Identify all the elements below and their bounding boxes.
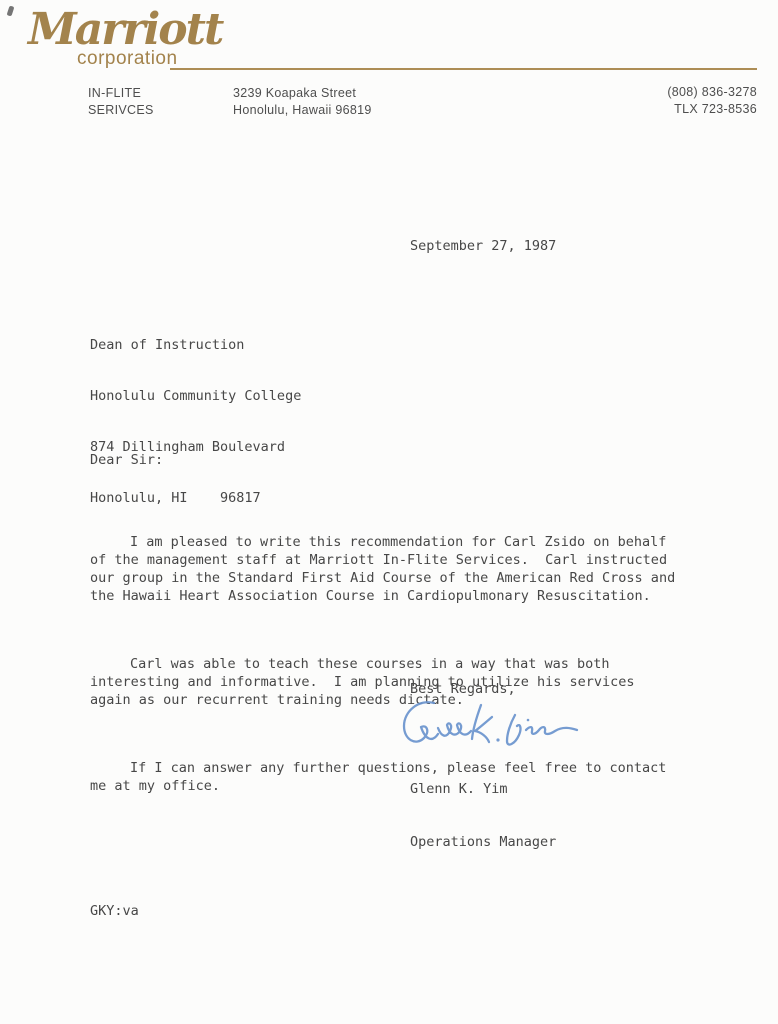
recipient-line: Honolulu Community College: [90, 388, 301, 405]
telex-number: TLX 723-8536: [667, 101, 757, 118]
street-line-2: Honolulu, Hawaii 96819: [233, 102, 372, 119]
body-paragraph: Carl was able to teach these courses in …: [90, 655, 680, 709]
signer-title: Operations Manager: [410, 834, 556, 852]
recipient-line: Dean of Instruction: [90, 337, 301, 354]
body-paragraph: I am pleased to write this recommendatio…: [90, 533, 680, 605]
letterhead-rule: [170, 68, 757, 70]
body-paragraph: If I can answer any further questions, p…: [90, 759, 680, 795]
street-address: 3239 Koapaka Street Honolulu, Hawaii 968…: [233, 85, 372, 119]
reference-initials: GKY:va: [90, 903, 139, 919]
signer-name: Glenn K. Yim: [410, 781, 556, 799]
handwritten-signature: [398, 698, 580, 748]
division-name: IN-FLITE SERIVCES: [88, 85, 154, 119]
logo-corporation-label: corporation: [77, 48, 178, 70]
phone-number: (808) 836-3278: [667, 84, 757, 101]
date-line: September 27, 1987: [410, 238, 556, 254]
letter-body: Dear Sir: I am pleased to write this rec…: [90, 415, 680, 845]
street-line-1: 3239 Koapaka Street: [233, 85, 372, 102]
division-line-1: IN-FLITE: [88, 85, 154, 102]
division-line-2: SERIVCES: [88, 102, 154, 119]
signer-block: Glenn K. Yim Operations Manager: [410, 746, 556, 886]
closing: Best Regards,: [410, 681, 516, 697]
phone-numbers: (808) 836-3278 TLX 723-8536: [667, 84, 757, 118]
scan-artifact-speck: [7, 5, 15, 16]
salutation: Dear Sir:: [90, 451, 680, 469]
letter-page: Marriott corporation IN-FLITE SERIVCES 3…: [0, 0, 778, 1024]
